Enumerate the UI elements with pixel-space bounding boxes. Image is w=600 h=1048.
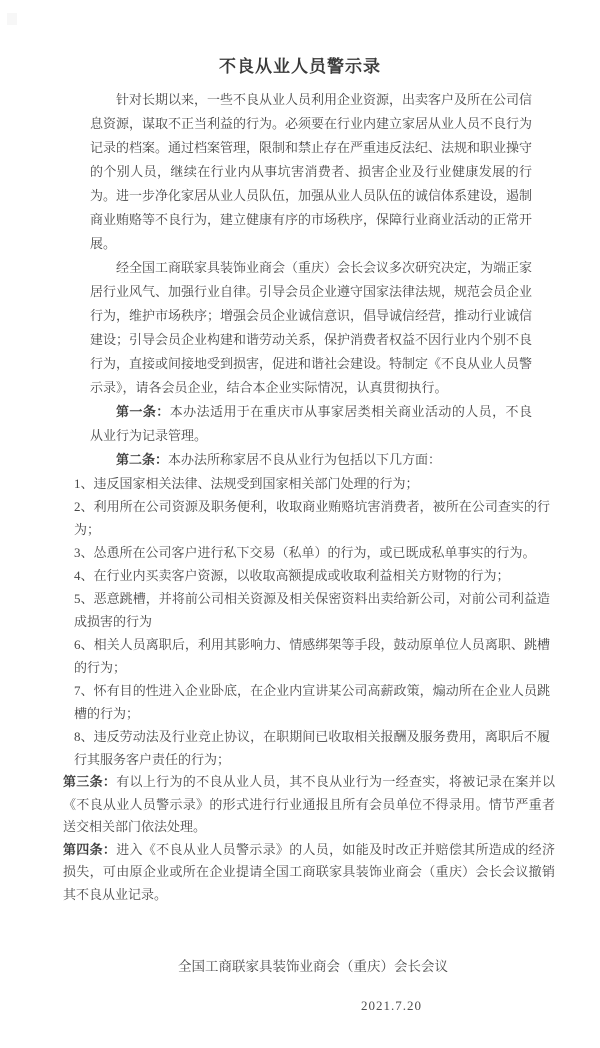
article-3: 第三条：有以上行为的不良从业人员，其不良从业行为一经查实，将被记录在案并以《不良…	[63, 771, 555, 839]
article-3-label: 第三条：	[63, 774, 116, 789]
behavior-item-4: 4、在行业内买卖客户资源，以收取高额提成或收取利益相关方财物的行为；	[74, 564, 550, 587]
article-2-text: 本办法所称家居不良从业行为包括以下几方面：	[168, 452, 441, 467]
behavior-item-2: 2、利用所在公司资源及职务便利，收取商业贿赂坑害消费者，被所在公司查实的行为；	[74, 495, 550, 541]
behavior-item-6: 6、相关人员离职后，利用其影响力、情感绑架等手段，鼓动原单位人员离职、跳槽的行为…	[74, 633, 550, 679]
article-4-label: 第四条：	[63, 842, 116, 857]
document-title: 不良从业人员警示录	[0, 56, 600, 78]
intro-section: 针对长期以来，一些不良从业人员利用企业资源，出卖客户及所在公司信息资源，谋取不正…	[0, 88, 600, 472]
article-1: 第一条：本办法适用于在重庆市从事家居类相关商业活动的人员，不良从业行为记录管理。	[90, 400, 532, 448]
behavior-item-1: 1、违反国家相关法律、法规受到国家相关部门处理的行为；	[74, 472, 550, 495]
article-1-label: 第一条：	[116, 404, 170, 419]
scan-artifact	[7, 13, 17, 25]
article-2: 第二条：本办法所称家居不良从业行为包括以下几方面：	[90, 448, 532, 472]
behavior-item-3: 3、怂恿所在公司客户进行私下交易（私单）的行为，或已既成私单事实的行为。	[74, 541, 550, 564]
article-3-text: 有以上行为的不良从业人员，其不良从业行为一经查实，将被记录在案并以《不良从业人员…	[63, 774, 555, 834]
behavior-item-8: 8、违反劳动法及行业竞止协议，在职期间已收取相关报酬及服务费用，离职后不履行其服…	[74, 725, 550, 771]
intro-paragraph-2: 经全国工商联家具装饰业商会（重庆）会长会议多次研究决定，为端正家居行业风气、加强…	[90, 256, 532, 400]
behavior-item-5: 5、恶意跳槽，并将前公司相关资源及相关保密资料出卖给新公司，对前公司利益造成损害…	[74, 587, 550, 633]
document-page: 不良从业人员警示录 针对长期以来，一些不良从业人员利用企业资源，出卖客户及所在公…	[0, 0, 600, 1048]
behavior-list: 1、违反国家相关法律、法规受到国家相关部门处理的行为； 2、利用所在公司资源及职…	[0, 472, 600, 771]
article-4: 第四条：进入《不良从业人员警示录》的人员，如能及时改正并赔偿其所造成的经济损失，…	[63, 839, 555, 907]
article-2-label: 第二条：	[116, 452, 168, 467]
behavior-item-7: 7、怀有目的性进入企业卧底，在企业内宣讲某公司高薪政策，煽动所在企业人员跳槽的行…	[74, 679, 550, 725]
closing-articles-section: 第三条：有以上行为的不良从业人员，其不良从业行为一经查实，将被记录在案并以《不良…	[0, 771, 600, 906]
date: 2021.7.20	[0, 998, 600, 1014]
intro-paragraph-1: 针对长期以来，一些不良从业人员利用企业资源，出卖客户及所在公司信息资源，谋取不正…	[90, 88, 532, 256]
article-4-text: 进入《不良从业人员警示录》的人员，如能及时改正并赔偿其所造成的经济损失，可由原企…	[63, 842, 555, 902]
signature: 全国工商联家具装饰业商会（重庆）会长会议	[0, 956, 600, 978]
